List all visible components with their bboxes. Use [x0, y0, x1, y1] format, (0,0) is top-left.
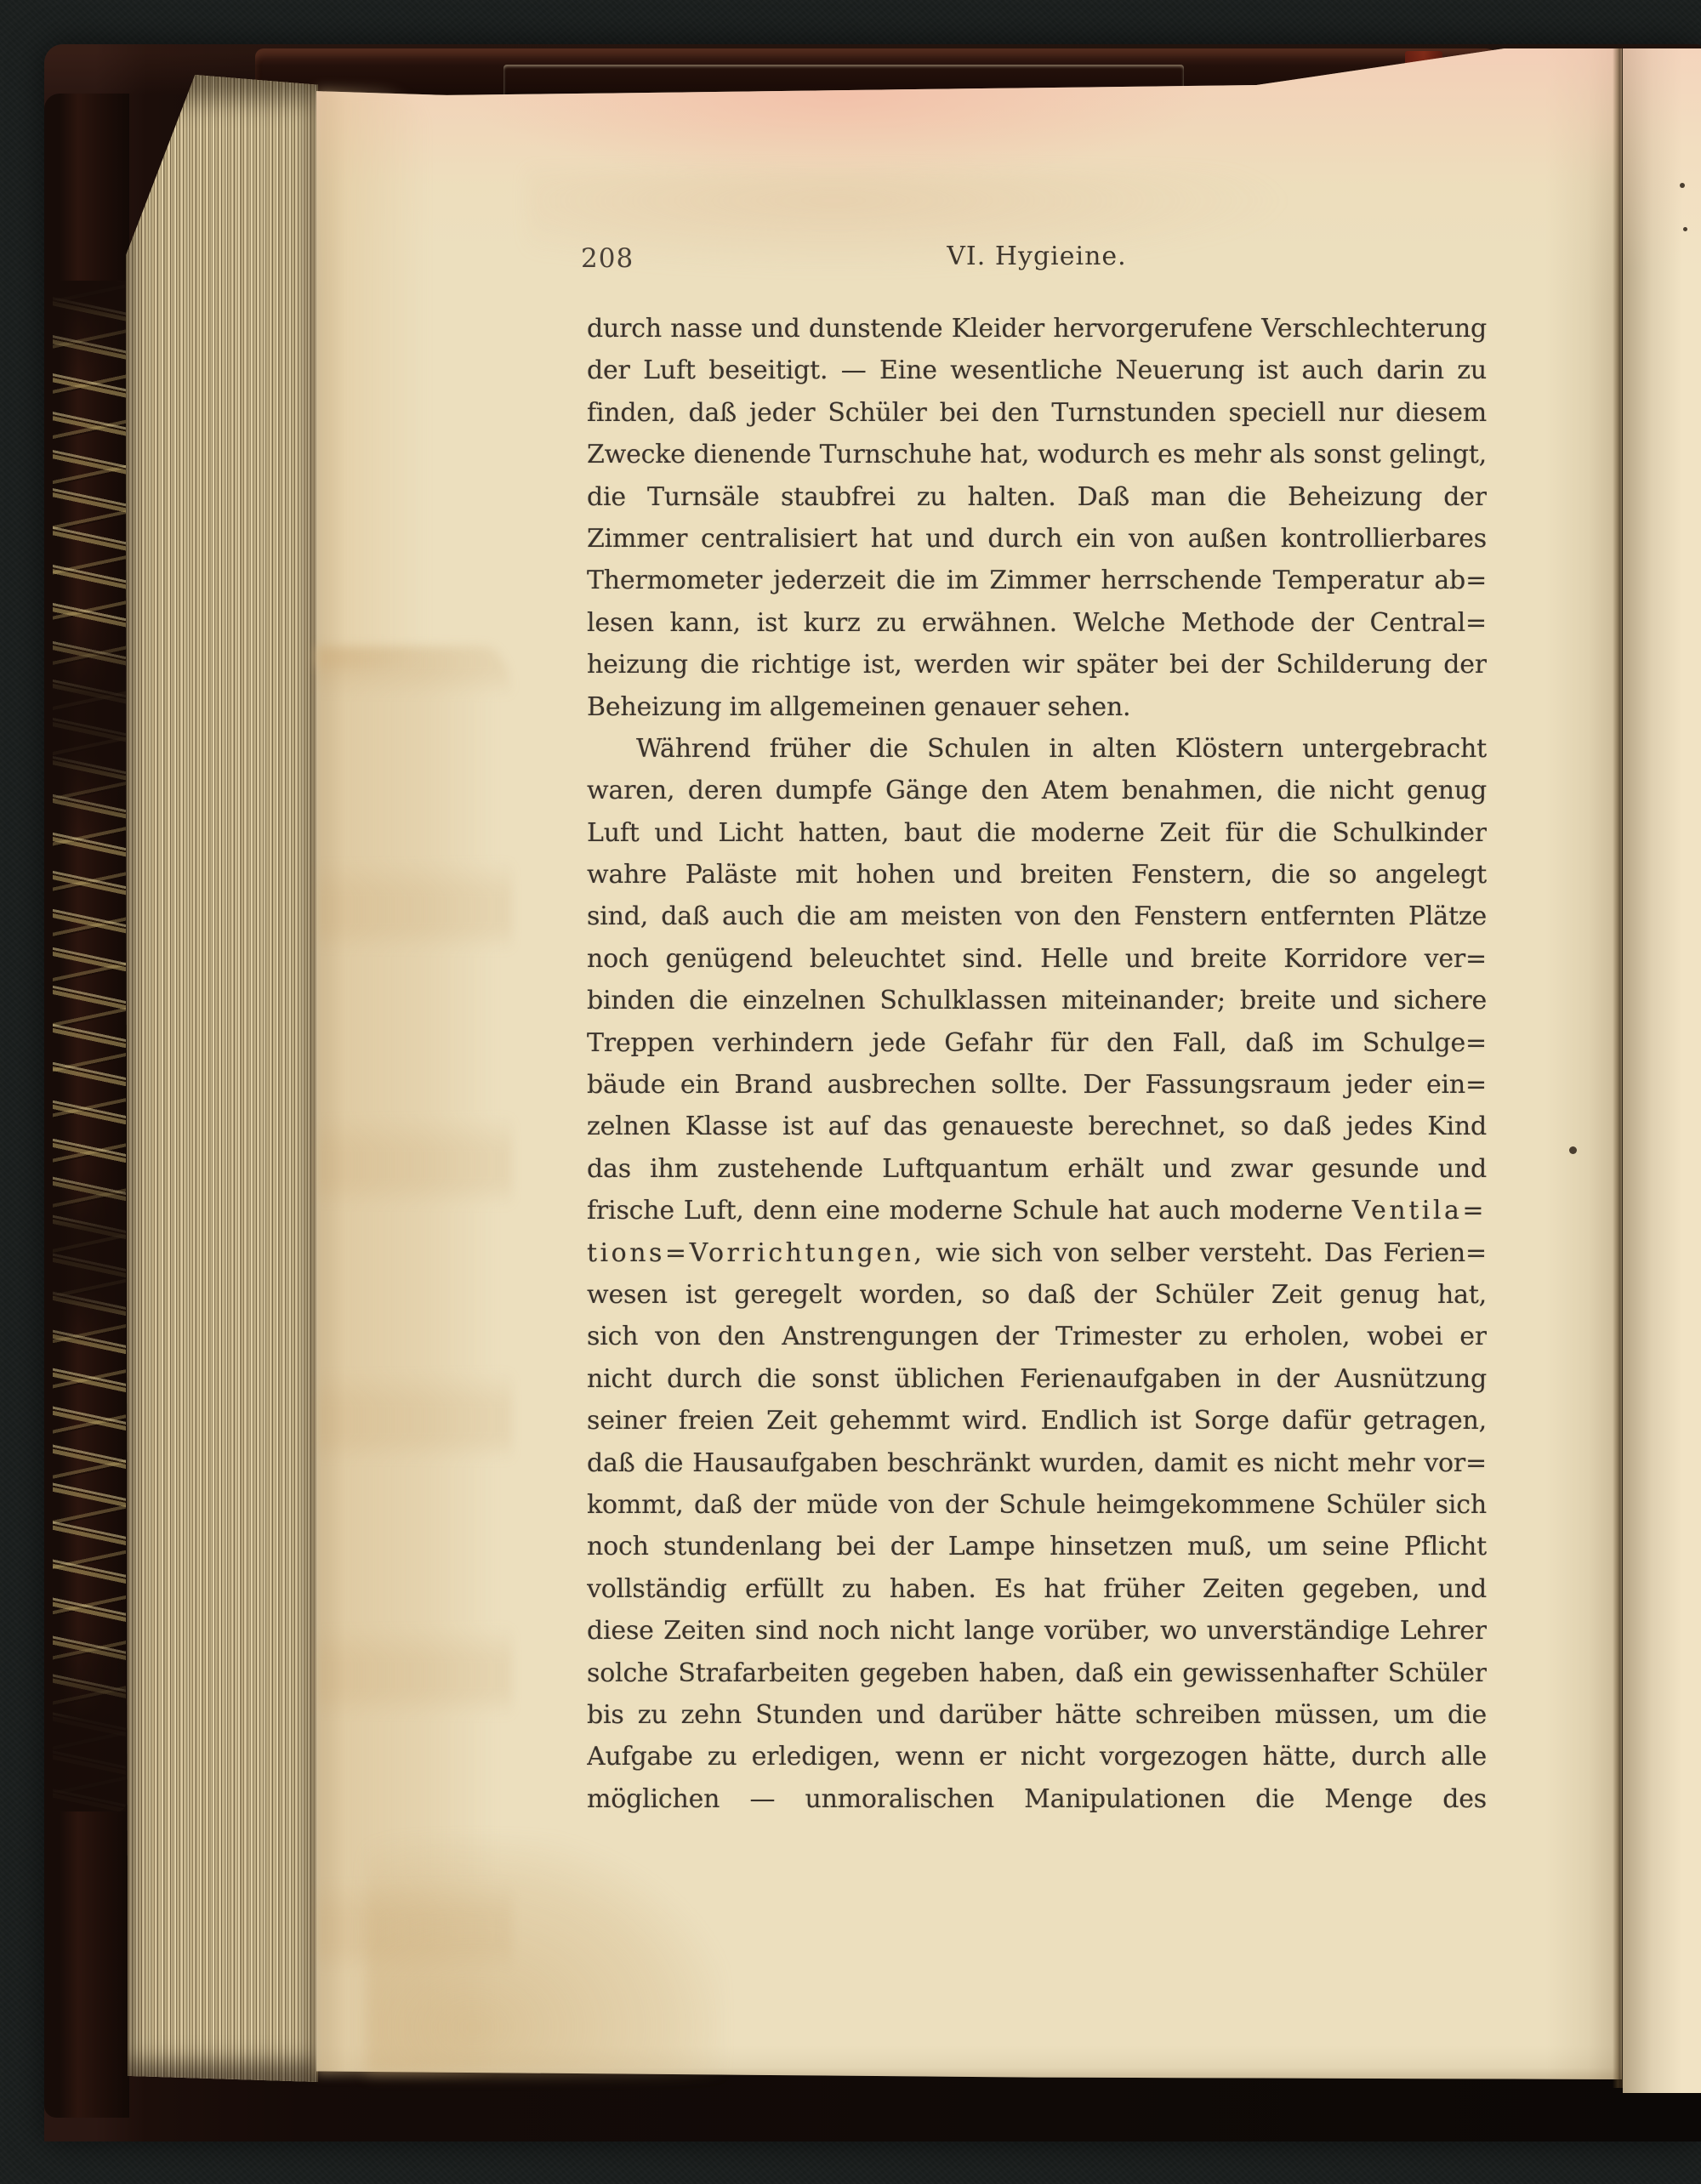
text-line: diese Zeiten sind noch nicht lange vorüb… — [587, 1610, 1487, 1652]
text-line: Beheizung im allgemeinen genauer sehen. — [587, 686, 1487, 728]
spine-gilt-ornament — [53, 281, 126, 1811]
text-line: lesen kann, ist kurz zu erwähnen. Welche… — [587, 602, 1487, 644]
text-line: Aufgabe zu erledigen, wenn er nicht vorg… — [587, 1736, 1487, 1777]
text-line: finden, daß jeder Schüler bei den Turnst… — [587, 392, 1487, 434]
text-line: bäude ein Brand ausbrechen sollte. Der F… — [587, 1064, 1487, 1106]
text-line: wesen ist geregelt worden, so daß der Sc… — [587, 1274, 1487, 1316]
text-line: Während früher die Schulen in alten Klös… — [587, 728, 1487, 770]
text-line: zelnen Klasse ist auf das genaueste bere… — [587, 1106, 1487, 1147]
text-line: nicht durch die sonst üblichen Ferienauf… — [587, 1358, 1487, 1400]
text-line: kommt, daß der müde von der Schule heimg… — [587, 1484, 1487, 1526]
text-line: Zimmer centralisiert hat und durch ein v… — [587, 518, 1487, 560]
text-line: vollständig erfüllt zu haben. Es hat frü… — [587, 1568, 1487, 1610]
text-line: frische Luft, denn eine moderne Schule h… — [587, 1190, 1487, 1231]
ink-speck — [1683, 227, 1687, 231]
page-stain — [366, 1837, 723, 2075]
text-line: bis zu zehn Stunden und darüber hätte sc… — [587, 1694, 1487, 1736]
text-line: solche Strafarbeiten gegeben haben, daß … — [587, 1652, 1487, 1694]
text-line: Treppen verhindern jede Gefahr für den F… — [587, 1022, 1487, 1064]
text-line: wahre Paläste mit hohen und breiten Fens… — [587, 854, 1487, 896]
scanned-book-photo: { "book": { "page_number": "208", "runni… — [0, 0, 1701, 2184]
text-line: sich von den Anstrengungen der Trimester… — [587, 1316, 1487, 1357]
text-line: waren, deren dumpfe Gänge den Atem benah… — [587, 770, 1487, 811]
text-line: noch stundenlang bei der Lampe hinsetzen… — [587, 1526, 1487, 1567]
running-header: VI. Hygieine. — [587, 242, 1487, 271]
text-line: heizung die richtige ist, werden wir spä… — [587, 644, 1487, 685]
text-line: binden die einzelnen Schulklassen mitein… — [587, 980, 1487, 1021]
ink-speck — [1680, 183, 1685, 188]
page-block-fore-edge — [126, 75, 318, 2082]
text-line: tions=Vorrichtungen, wie sich von selber… — [587, 1232, 1487, 1274]
ink-speck — [1569, 1146, 1577, 1154]
text-line: das ihm zustehende Luftquantum erhält un… — [587, 1148, 1487, 1190]
adjacent-page-edge — [1623, 48, 1701, 2093]
text-line: Luft und Licht hatten, baut die moderne … — [587, 812, 1487, 854]
text-line: daß die Hausaufgaben beschränkt wurden, … — [587, 1442, 1487, 1484]
text-line: durch nasse und dunstende Kleider hervor… — [587, 308, 1487, 350]
page-stain — [316, 89, 427, 668]
text-line: die Turnsäle staubfrei zu halten. Daß ma… — [587, 476, 1487, 518]
text-line: sind, daß auch die am meisten von den Fe… — [587, 896, 1487, 937]
text-block: durch nasse und dunstende Kleider hervor… — [587, 308, 1487, 1820]
text-line: der Luft beseitigt. — Eine wesentliche N… — [587, 350, 1487, 391]
text-line: noch genügend beleuchtet sind. Helle und… — [587, 938, 1487, 980]
text-line: seiner freien Zeit gehemmt wird. Endlich… — [587, 1400, 1487, 1442]
text-line: Thermometer jederzeit die im Zimmer herr… — [587, 560, 1487, 601]
text-line: Zwecke dienende Turnschuhe hat, wodurch … — [587, 434, 1487, 475]
text-line: möglichen — unmoralischen Manipulationen… — [587, 1778, 1487, 1820]
